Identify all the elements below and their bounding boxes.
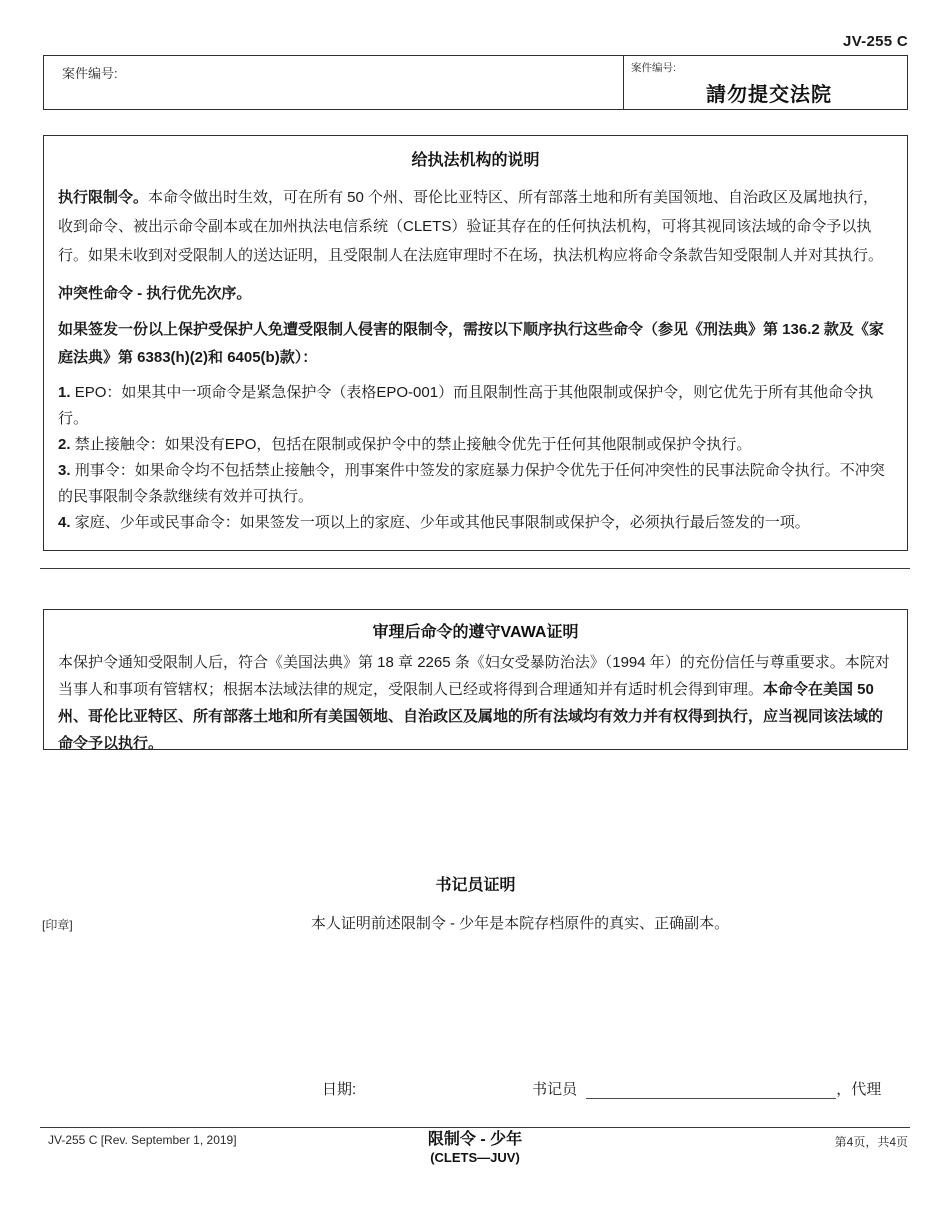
instructions-title: 给执法机构的说明	[58, 147, 893, 170]
priority-item: 2. 禁止接触令：如果没有EPO，包括在限制或保护令中的禁止接触令优先于任何其他…	[58, 432, 893, 458]
law-enforcement-instructions-box: 给执法机构的说明 执行限制令。本命令做出时生效，可在所有 50 个州、哥伦比亚特…	[43, 135, 908, 551]
vawa-certification-box: 审理后命令的遵守VAWA证明 本保护令通知受限制人后，符合《美国法典》第 18 …	[43, 609, 908, 750]
form-page: JV-255 C 案件编号: 案件编号: 請勿提交法院 给执法机构的说明 执行限…	[0, 0, 950, 1230]
clerk-signature-line	[586, 1083, 836, 1099]
footer-subtitle: (CLETS—JUV)	[0, 1150, 950, 1166]
seal-placeholder: [印章]	[42, 916, 73, 933]
priority-list: 1. EPO：如果其中一项命令是紧急保护令（表格EPO-001）而且限制性高于其…	[58, 380, 893, 536]
case-number-right-cell: 案件编号: 請勿提交法院	[624, 56, 907, 109]
form-number: JV-255 C	[843, 33, 908, 50]
priority-item: 3. 刑事令：如果命令均不包括禁止接触令，刑事案件中签发的家庭暴力保护令优先于任…	[58, 458, 893, 510]
enforcement-lead: 执行限制令。	[58, 189, 148, 206]
case-number-label-left: 案件编号:	[62, 66, 118, 81]
do-not-file-notice: 請勿提交法院	[631, 78, 907, 107]
vawa-paragraph: 本保护令通知受限制人后，符合《美国法典》第 18 章 2265 条《妇女受暴防治…	[58, 649, 893, 750]
item-number: 4.	[58, 514, 71, 531]
vawa-title: 审理后命令的遵守VAWA证明	[58, 619, 893, 642]
conflicting-orders-intro: 如果签发一份以上保护受保护人免遭受限制人侵害的限制令，需按以下顺序执行这些命令（…	[58, 316, 893, 372]
enforcement-paragraph: 执行限制令。本命令做出时生效，可在所有 50 个州、哥伦比亚特区、所有部落土地和…	[58, 183, 893, 270]
footer-rule	[40, 1127, 910, 1128]
item-text: EPO：如果其中一项命令是紧急保护令（表格EPO-001）而且限制性高于其他限制…	[58, 384, 873, 427]
clerk-certificate-title: 书记员证明	[43, 872, 908, 895]
clerk-label: 书记员	[532, 1078, 577, 1099]
case-number-box: 案件编号: 案件编号: 請勿提交法院	[43, 55, 908, 110]
item-number: 2.	[58, 436, 71, 453]
item-number: 3.	[58, 462, 71, 479]
priority-item: 1. EPO：如果其中一项命令是紧急保护令（表格EPO-001）而且限制性高于其…	[58, 380, 893, 432]
conflicting-orders-heading: 冲突性命令 - 执行优先次序。	[58, 283, 893, 305]
enforcement-body: 本命令做出时生效，可在所有 50 个州、哥伦比亚特区、所有部落土地和所有美国领地…	[58, 189, 883, 264]
item-text: 刑事令：如果命令均不包括禁止接触令，刑事案件中签发的家庭暴力保护令优先于任何冲突…	[58, 462, 885, 505]
footer-title: 限制令 - 少年	[0, 1130, 950, 1150]
date-label: 日期:	[322, 1078, 356, 1099]
footer-center: 限制令 - 少年 (CLETS—JUV)	[0, 1130, 950, 1166]
priority-item: 4. 家庭、少年或民事命令：如果签发一项以上的家庭、少年或其他民事限制或保护令，…	[58, 510, 893, 536]
clerk-statement: 本人证明前述限制令 - 少年是本院存档原件的真实、正确副本。	[90, 912, 950, 933]
item-text: 禁止接触令：如果没有EPO，包括在限制或保护令中的禁止接触令优先于任何其他限制或…	[75, 436, 752, 453]
footer-page-number: 第4页，共4页	[835, 1133, 908, 1150]
deputy-label: ，代理	[836, 1078, 881, 1099]
item-number: 1.	[58, 384, 71, 401]
date-signature-row: 日期: 书记员 ，代理	[322, 1078, 881, 1099]
case-number-label-right: 案件编号:	[631, 60, 907, 75]
item-text: 家庭、少年或民事命令：如果签发一项以上的家庭、少年或其他民事限制或保护令，必须执…	[75, 514, 810, 531]
section-divider	[40, 568, 910, 569]
case-number-left-cell: 案件编号:	[44, 56, 624, 109]
